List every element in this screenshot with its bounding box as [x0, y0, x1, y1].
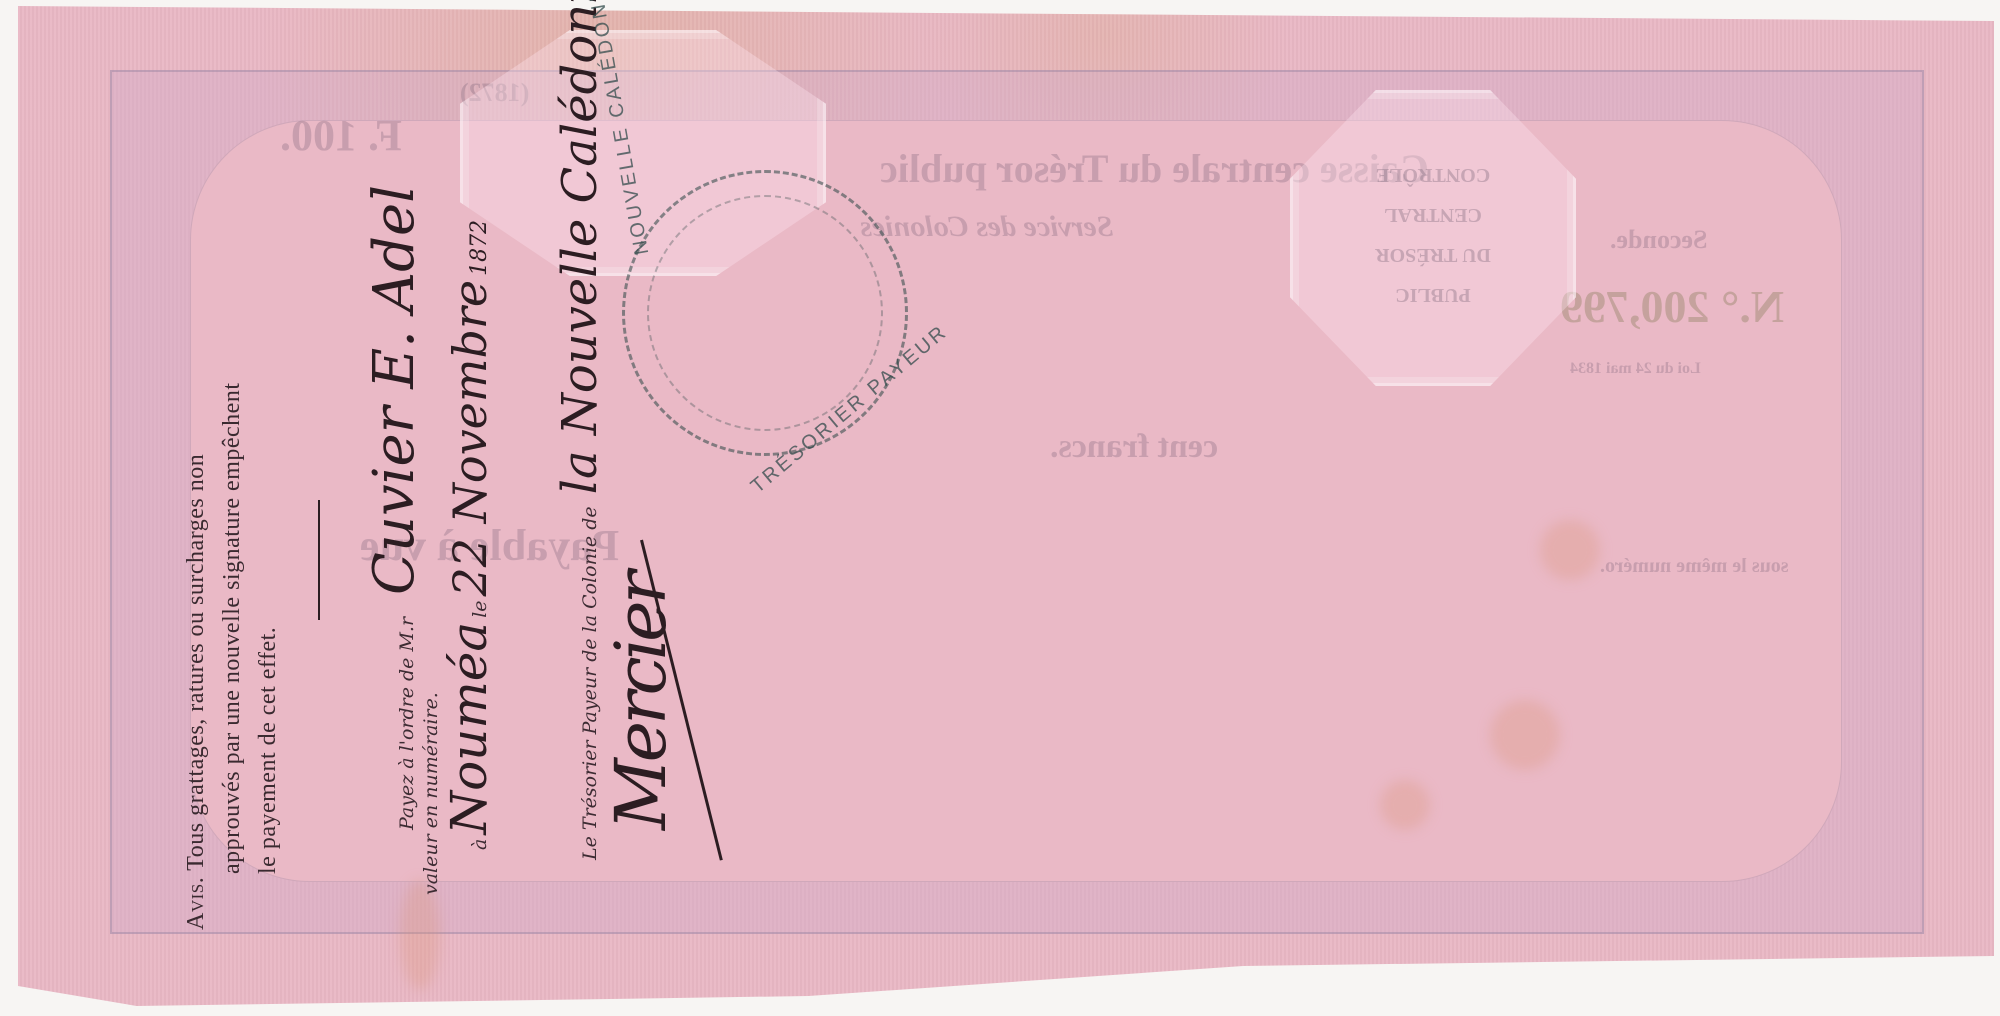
bleed-copy-label: Seconde. — [1610, 225, 1708, 255]
foxing-stain — [1540, 520, 1600, 580]
endorsement-line-2: valeur en numéraire. — [420, 692, 442, 895]
endorsement-line-1: Payez à l'ordre de M.r Cuvier E. Adel — [362, 185, 427, 830]
date-handwritten: 22 Novembre — [443, 280, 497, 597]
notice-block: Avis. Tous grattages, ratures ou surchar… — [178, 383, 286, 931]
foxing-stain — [1380, 780, 1430, 830]
bleed-amount-words: cent francs. — [1050, 428, 1218, 466]
signature: Mercier — [600, 575, 682, 830]
bleed-subtitle: Service des Colonies — [860, 210, 1113, 244]
notice-line-1: Avis. Tous grattages, ratures ou surchar… — [178, 383, 214, 931]
divider-rule — [318, 500, 320, 620]
notice-line-2: approuvés par une nouvelle signature emp… — [214, 383, 250, 931]
foxing-stain — [1490, 700, 1560, 770]
embossed-seal-controle: CONTRÔLE CENTRAL DU TRÉSOR PUBLIC — [1290, 90, 1576, 386]
year-handwritten: 1872 — [467, 220, 492, 276]
treasurer-stamp: NOUVELLE CALÉDONIE TRÉSORIER PAYEUR — [622, 170, 908, 456]
notice-line-3: le payement de cet effet. — [250, 383, 286, 931]
bleed-lower-right: sous le même numéro. — [1600, 555, 1789, 578]
bleed-amount-box: F. 100. — [280, 110, 402, 161]
endorsement-place-date: à Nouméa le 22 Novembre 1872 — [440, 220, 498, 850]
payee-name: Cuvier E. Adel — [362, 185, 427, 595]
bleed-side-note: Loi du 24 mai 1834 — [1570, 360, 1701, 378]
bleed-serial: N.° 200,799 — [1560, 280, 1784, 333]
foxing-stain — [400, 880, 440, 990]
place-name: Nouméa — [440, 622, 498, 835]
